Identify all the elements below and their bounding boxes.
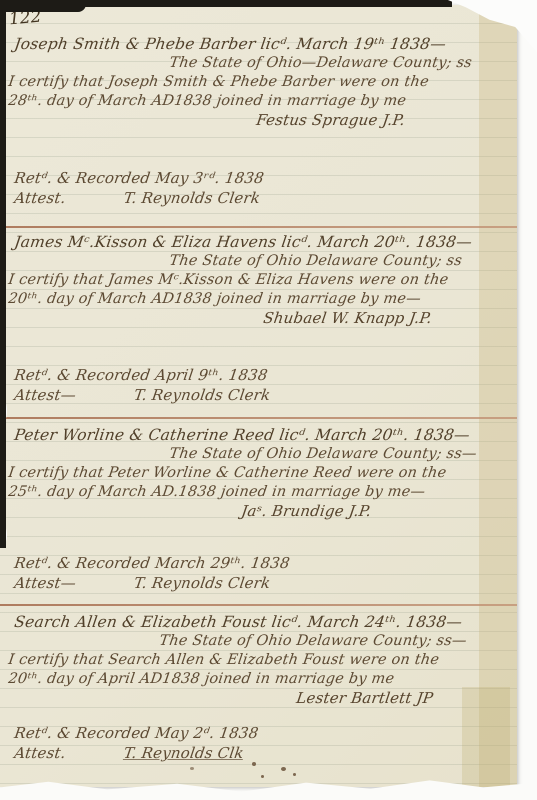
recorded-line: Retᵈ. & Recorded March 29ᵗʰ. 1838	[13, 553, 436, 573]
book-binding-left	[0, 0, 6, 548]
marriage-record-entry: Peter Worline & Catherine Reed licᵈ. Mar…	[0, 426, 517, 521]
certify-line: 25ᵗʰ. day of March AD.1838 joined in mar…	[0, 483, 520, 502]
recorded-line: Retᵈ. & Recorded May 3ʳᵈ. 1838	[13, 168, 436, 188]
certify-line: 28ᵗʰ. day of March AD1838 joined in marr…	[0, 92, 520, 111]
officiant-signature: Shubael W. Knapp J.P.	[0, 309, 520, 328]
entry-header-line: Joseph Smith & Phebe Barber licᵈ. March …	[0, 35, 520, 54]
clerk-signature: T. Reynolds Clk	[123, 744, 245, 762]
entry-divider	[0, 417, 517, 419]
marriage-record-entry: Search Allen & Elizabeth Foust licᵈ. Mar…	[0, 613, 517, 708]
state-county-line: The State of Ohio Delaware County; ss	[0, 252, 520, 271]
recorded-block: Retᵈ. & Recorded May 3ʳᵈ. 1838 Attest.T.…	[13, 168, 433, 208]
entry-header-line: Search Allen & Elizabeth Foust licᵈ. Mar…	[0, 613, 520, 632]
certify-line: 20ᵗʰ. day of March AD1838 joined in marr…	[0, 290, 520, 309]
state-county-line: The State of Ohio—Delaware County; ss	[0, 54, 520, 73]
recorded-block: Retᵈ. & Recorded May 2ᵈ. 1838 Attest.T. …	[13, 723, 433, 763]
attest-line: Attest—T. Reynolds Clerk	[13, 385, 436, 405]
certify-line: I certify that Joseph Smith & Phebe Barb…	[0, 73, 520, 92]
attest-line: Attest—T. Reynolds Clerk	[13, 573, 436, 593]
ink-blot	[252, 762, 256, 766]
entry-header-line: James Mᶜ.Kisson & Eliza Havens licᵈ. Mar…	[0, 233, 520, 252]
recorded-block: Retᵈ. & Recorded April 9ᵗʰ. 1838 Attest—…	[13, 365, 433, 405]
recorded-line: Retᵈ. & Recorded April 9ᵗʰ. 1838	[13, 365, 436, 385]
book-binding-corner	[0, 0, 86, 12]
certify-line: I certify that James Mᶜ.Kisson & Eliza H…	[0, 271, 520, 290]
attest-label: Attest—	[13, 386, 77, 404]
certify-line: 20ᵗʰ. day of April AD1838 joined in marr…	[0, 670, 520, 689]
marriage-record-entry: Joseph Smith & Phebe Barber licᵈ. March …	[0, 35, 517, 130]
attest-label: Attest.	[13, 189, 67, 207]
officiant-signature: Jaˢ. Brundige J.P.	[0, 502, 520, 521]
ink-blot	[293, 773, 296, 776]
certify-line: I certify that Search Allen & Elizabeth …	[0, 651, 520, 670]
ink-blot	[281, 767, 286, 771]
recorded-block: Retᵈ. & Recorded March 29ᵗʰ. 1838 Attest…	[13, 553, 433, 593]
entry-header-line: Peter Worline & Catherine Reed licᵈ. Mar…	[0, 426, 520, 445]
state-county-line: The State of Ohio Delaware County; ss—	[0, 632, 520, 651]
entry-divider	[0, 226, 517, 228]
ink-blot	[190, 767, 194, 770]
attest-line: Attest.T. Reynolds Clerk	[13, 188, 436, 208]
certify-line: I certify that Peter Worline & Catherine…	[0, 464, 520, 483]
attest-line: Attest.T. Reynolds Clk	[13, 743, 436, 763]
clerk-signature: T. Reynolds Clerk	[123, 189, 262, 207]
recorded-line: Retᵈ. & Recorded May 2ᵈ. 1838	[13, 723, 436, 743]
officiant-signature: Festus Sprague J.P.	[0, 111, 520, 130]
state-county-line: The State of Ohio Delaware County; ss—	[0, 445, 520, 464]
attest-label: Attest—	[13, 574, 77, 592]
officiant-signature: Lester Bartlett JP	[0, 689, 520, 708]
ink-blot	[261, 775, 264, 778]
ledger-page: 122 Joseph Smith & Phebe Barber licᵈ. Ma…	[0, 5, 517, 787]
entry-divider	[0, 604, 517, 606]
clerk-signature: T. Reynolds Clerk	[133, 574, 272, 592]
attest-label: Attest.	[13, 744, 67, 762]
marriage-record-entry: James Mᶜ.Kisson & Eliza Havens licᵈ. Mar…	[0, 233, 517, 328]
ledger-scan: 122 Joseph Smith & Phebe Barber licᵈ. Ma…	[0, 0, 537, 800]
clerk-signature: T. Reynolds Clerk	[133, 386, 272, 404]
